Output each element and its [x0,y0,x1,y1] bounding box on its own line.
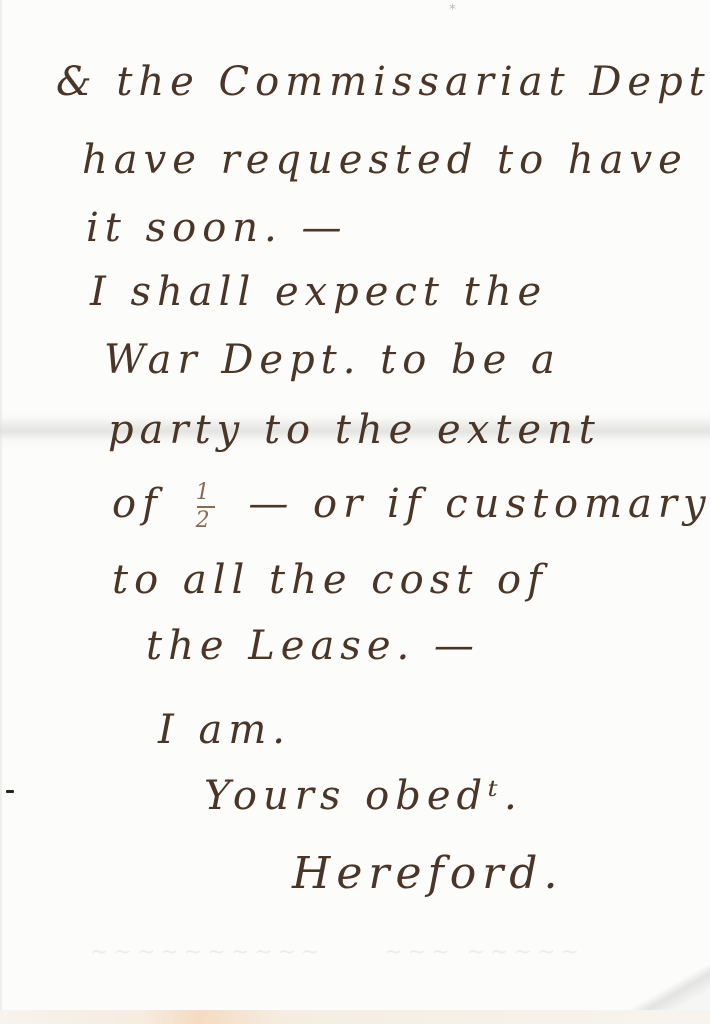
letter-line-4: I shall expect the [90,272,547,312]
phrase-or-if-customary: — or if customary — [248,481,710,527]
fraction-denominator: 2 [196,510,216,532]
margin-ink-mark [6,790,14,793]
letter-line-7: of 1 2 — or if customary — [112,482,710,532]
letter-line-5: War Dept. to be a [104,340,561,380]
word-of: of [112,481,163,527]
signature-hereford: Hereford. [292,852,563,896]
page-edge [0,0,2,1024]
closing-yours-obedt: Yours obedᵗ. [204,776,523,816]
bleed-through-text: ~~~~~~~~~~ ~~~ ~~~~~ [90,940,584,965]
asterisk-mark-icon: * [449,2,456,18]
letter-page: * & the Commissariat Dept. have requeste… [0,0,710,1024]
fraction-one-half: 1 2 [196,482,216,532]
fraction-numerator: 1 [196,482,216,504]
letter-line-6: party to the extent [108,410,601,450]
letter-line-9: the Lease. — [146,626,480,666]
letter-line-3: it soon. — [86,208,347,248]
closing-i-am: I am. [158,710,291,750]
letter-line-2: have requested to have [82,140,688,180]
letter-line-8: to all the cost of [112,560,548,600]
bottom-edge-strip [0,1010,710,1024]
letter-line-1: & the Commissariat Dept. [56,62,710,102]
